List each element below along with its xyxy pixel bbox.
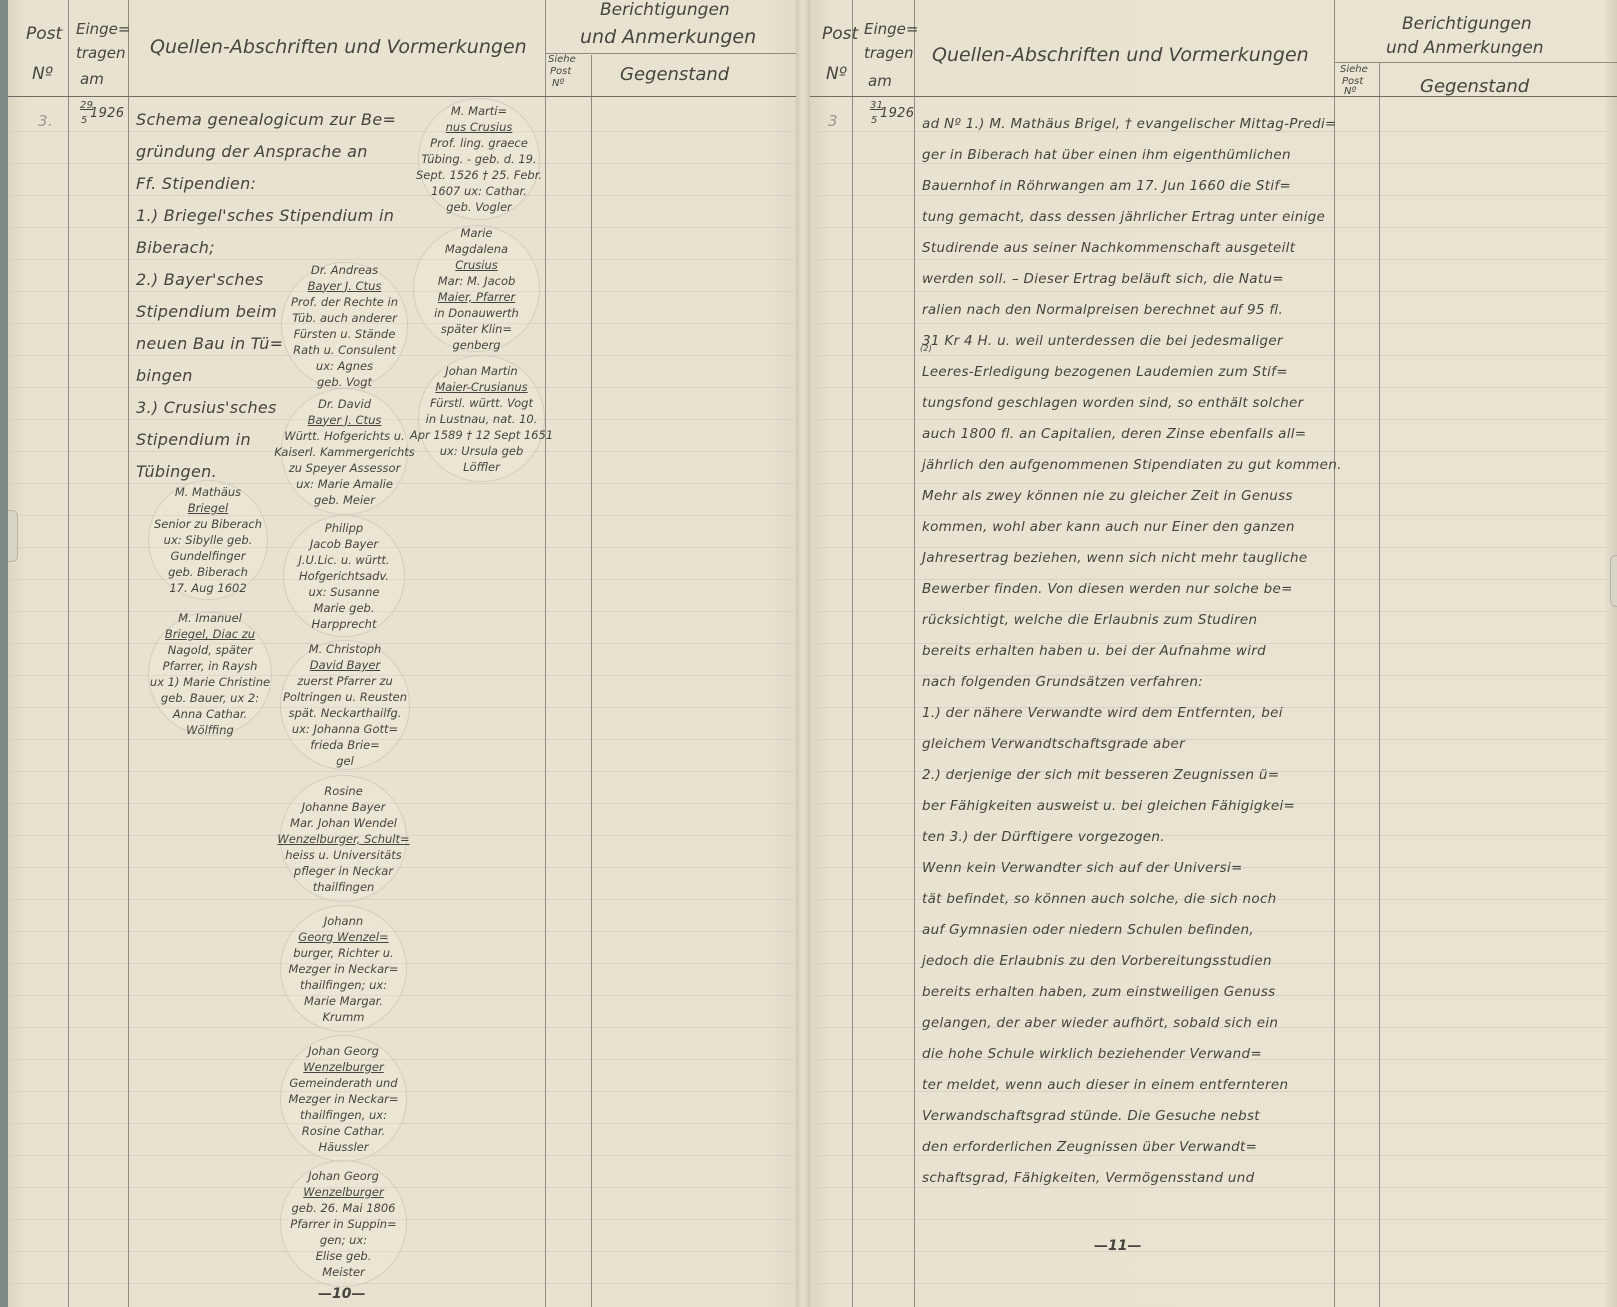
entry-line: den erforderlichen Zeugnissen über Verwa… [922, 1139, 1257, 1155]
column-rule [68, 0, 69, 1307]
node-line: Harpprecht [312, 616, 377, 632]
entry-line: tungsfond geschlagen worden sind, so ent… [922, 395, 1304, 411]
node-line: Magdalena [445, 241, 508, 257]
node-line: Krumm [323, 1009, 365, 1025]
node-line: frieda Brie= [310, 737, 380, 753]
node-line: M. Imanuel [178, 610, 242, 626]
entry-line: tung gemacht, dass dessen jährlicher Ert… [922, 209, 1325, 225]
node-line: Pfarrer in Suppin= [290, 1216, 396, 1232]
node-line: geb. Vogler [446, 199, 512, 215]
node-line: Nagold, später [168, 642, 252, 658]
header-see-post: Nº [552, 78, 564, 89]
right-page: Post Nº Einge= tragen am Quellen-Abschri… [804, 0, 1617, 1307]
genealogy-node-rosine: Rosine Johanne Bayer Mar. Johan Wendel W… [280, 775, 407, 902]
node-line: Johan Georg [308, 1043, 379, 1059]
entry-line: 2.) derjenige der sich mit besseren Zeug… [922, 767, 1279, 783]
entry-line: bereits erhalten haben u. bei der Aufnah… [922, 643, 1266, 659]
column-rule [914, 0, 915, 1307]
header-corrections: Berichtigungen [600, 0, 730, 20]
header-sources: Quellen-Abschriften und Vormerkungen [150, 36, 527, 58]
node-line: pfleger in Neckar [294, 863, 393, 879]
entry-line: ten 3.) der Dürftigere vorgezogen. [922, 829, 1165, 845]
header-entered: tragen [76, 44, 126, 62]
node-line: ux 1) Marie Christine [150, 674, 270, 690]
entry-line: die hohe Schule wirklich beziehender Ver… [922, 1046, 1262, 1062]
node-line: burger, Richter u. [293, 945, 393, 961]
entry-line: kommen, wohl aber kann auch nur Einer de… [922, 519, 1295, 535]
node-line: 1607 ux: Cathar. [431, 183, 527, 199]
genealogy-node-crusius: M. Marti= nus Crusius Prof. ling. graece… [418, 98, 540, 220]
node-line: J.U.Lic. u. württ. [298, 552, 389, 568]
node-line: Tübing. - geb. d. 19. [421, 151, 536, 167]
node-line: spät. Neckarthailfg. [289, 705, 402, 721]
genealogy-node-mathaus-briegel: M. Mathäus Briegel Senior zu Biberach ux… [148, 480, 268, 600]
node-line: Johann [324, 913, 363, 929]
genealogy-node-andreas-bayer: Dr. Andreas Bayer J. Ctus Prof. der Rech… [281, 262, 408, 389]
node-line: Mezger in Neckar= [288, 1091, 398, 1107]
left-page: Post Nº Einge= tragen am Quellen-Abschri… [8, 0, 804, 1307]
node-line: Mar: M. Jacob [438, 273, 516, 289]
column-rule [1379, 62, 1380, 1307]
node-line: ux: Marie Amalie [296, 476, 393, 492]
node-line: Sept. 1526 † 25. Febr. [416, 167, 542, 183]
genealogy-node-johann-georg-1: Johann Georg Wenzel= burger, Richter u. … [280, 905, 407, 1032]
node-line: Dr. Andreas [311, 262, 378, 278]
entry-line: gründung der Ansprache an [136, 142, 368, 161]
genealogy-node-johann-georg-3: Johan Georg Wenzelburger geb. 26. Mai 18… [280, 1160, 407, 1287]
node-line: Württ. Hofgerichts u. [284, 428, 404, 444]
node-line: Hofgerichtsadv. [299, 568, 389, 584]
book-spine [796, 0, 810, 1307]
entry-line: Jahresertrag beziehen, wenn sich nicht m… [922, 550, 1307, 566]
node-line: Häussler [319, 1139, 369, 1155]
node-line: Marie [461, 225, 493, 241]
node-line: geb. Bauer, ux 2: [161, 690, 259, 706]
entry-line: auf Gymnasien oder niedern Schulen befin… [922, 922, 1254, 938]
header-subrule [1334, 62, 1617, 63]
entry-line: auch 1800 fl. an Capitalien, deren Zinse… [922, 426, 1306, 442]
node-line: Maier-Crusianus [435, 379, 527, 395]
node-line: gen; ux: [320, 1232, 367, 1248]
header-corrections: und Anmerkungen [580, 26, 756, 48]
node-line: Mar. Johan Wendel [290, 815, 397, 831]
entry-line: Stipendium in [136, 430, 251, 449]
entry-line: Verwandschaftsgrad stünde. Die Gesuche n… [922, 1108, 1260, 1124]
node-line: thailfingen [313, 879, 375, 895]
entry-date-year: 1926 [880, 106, 914, 121]
node-line: Bayer J. Ctus [308, 412, 382, 428]
entry-line: ad Nº 1.) M. Mathäus Brigel, † evangelis… [922, 116, 1337, 132]
header-entered: Einge= [76, 20, 130, 38]
node-line: Kaiserl. Kammergerichts [274, 444, 414, 460]
binding-clip [8, 510, 18, 562]
node-line: ux: Sibylle geb. [164, 532, 253, 548]
node-line: Georg Wenzel= [298, 929, 388, 945]
node-line: in Lustnau, nat. 10. [426, 411, 538, 427]
header-see-post: Siehe [1340, 64, 1368, 75]
node-line: Johan Georg [308, 1168, 379, 1184]
node-line: Wölffing [186, 722, 234, 738]
header-corrections: Berichtigungen [1402, 14, 1532, 34]
entry-date-month: 5 [871, 115, 878, 126]
header-post: Post [26, 24, 62, 44]
node-line: thailfingen, ux: [300, 1107, 387, 1123]
genealogy-node-johann-martin: Johan Martin Maier-Crusianus Fürstl. wür… [418, 355, 545, 482]
entry-line: werden soll. – Dieser Ertrag beläuft sic… [922, 271, 1284, 287]
node-line: Prof. der Rechte in [291, 294, 398, 310]
node-line: ux: Ursula geb [440, 443, 524, 459]
node-line: Tüb. auch anderer [292, 310, 397, 326]
node-line: Dr. David [318, 396, 371, 412]
node-line: zu Speyer Assessor [289, 460, 401, 476]
header-entered: am [80, 70, 104, 88]
column-rule [1334, 0, 1335, 1307]
node-line: M. Mathäus [175, 484, 241, 500]
node-line: geb. 26. Mai 1806 [291, 1200, 395, 1216]
node-line: Jacob Bayer [310, 536, 378, 552]
entry-line: 1.) der nähere Verwandte wird dem Entfer… [922, 705, 1283, 721]
binding-clip [1610, 555, 1617, 607]
node-line: Marie Margar. [304, 993, 383, 1009]
entry-line: bingen [136, 366, 193, 385]
header-entered: Einge= [864, 20, 918, 38]
entry-line: Wenn kein Verwandter sich auf der Univer… [922, 860, 1243, 876]
post-number: 3. [38, 112, 53, 130]
entry-line: ter meldet, wenn auch dieser in einem en… [922, 1077, 1288, 1093]
node-line: geb. Biberach [168, 564, 248, 580]
entry-line: bereits erhalten haben, zum einstweilige… [922, 984, 1276, 1000]
node-line: Philipp [325, 520, 363, 536]
node-line: Johanne Bayer [302, 799, 386, 815]
genealogy-node-philipp-bayer: Philipp Jacob Bayer J.U.Lic. u. württ. H… [283, 515, 405, 637]
entry-line: Leeres-Erledigung bezogenen Laudemien zu… [922, 364, 1288, 380]
entry-line: Tübingen. [136, 462, 217, 481]
entry-line: Bauernhof in Röhrwangen am 17. Jun 1660 … [922, 178, 1291, 194]
node-line: Pfarrer, in Raysh [163, 658, 258, 674]
entry-date-month: 5 [81, 115, 88, 126]
header-rule [8, 96, 804, 97]
node-line: Löffler [463, 459, 500, 475]
node-line: Fürsten u. Stände [294, 326, 396, 342]
node-line: Rosine Cathar. [302, 1123, 385, 1139]
entry-line: Stipendium beim [136, 302, 277, 321]
node-line: Apr 1589 † 12 Sept 1651 [410, 427, 553, 443]
entry-line: jedoch die Erlaubnis zu den Vorbereitung… [922, 953, 1272, 969]
node-line: geb. Meier [314, 492, 375, 508]
node-line: ux: Johanna Gott= [292, 721, 398, 737]
header-subject: Gegenstand [1420, 76, 1529, 97]
node-line: Gemeinderath und [289, 1075, 397, 1091]
entry-line: neuen Bau in Tü= [136, 334, 283, 353]
node-line: zuerst Pfarrer zu [297, 673, 393, 689]
node-line: Crusius [455, 257, 498, 273]
header-post: Post [822, 24, 858, 44]
header-entered: tragen [864, 44, 914, 62]
entry-line: Mehr als zwey können nie zu gleicher Zei… [922, 488, 1293, 504]
node-line: Rath u. Consulent [293, 342, 396, 358]
page-number: —10— [318, 1286, 365, 1302]
entry-line: 1.) Briegel'sches Stipendium in [136, 206, 394, 225]
node-line: gel [336, 753, 354, 769]
node-line: Bayer J. Ctus [308, 278, 382, 294]
node-line: später Klin= [441, 321, 512, 337]
genealogy-node-johann-georg-2: Johan Georg Wenzelburger Gemeinderath un… [280, 1035, 407, 1162]
node-line: Wenzelburger [303, 1184, 383, 1200]
node-line: David Bayer [310, 657, 380, 673]
node-line: Johan Martin [445, 363, 517, 379]
node-line: Maier, Pfarrer [438, 289, 516, 305]
entry-line: Ff. Stipendien: [136, 174, 256, 193]
node-line: Marie geb. [314, 600, 375, 616]
entry-line: Studirende aus seiner Nachkommenschaft a… [922, 240, 1295, 256]
node-line: M. Marti= [451, 103, 507, 119]
node-line: nus Crusius [446, 119, 513, 135]
column-rule [852, 0, 853, 1307]
node-line: heiss u. Universitäts [285, 847, 402, 863]
node-line: Fürstl. württ. Vogt [430, 395, 533, 411]
node-line: Rosine [324, 783, 363, 799]
header-see-post: Siehe [548, 54, 576, 65]
header-see-post: Post [550, 66, 571, 77]
entry-line: ger in Biberach hat über einen ihm eigen… [922, 147, 1291, 163]
node-line: 17. Aug 1602 [169, 580, 246, 596]
column-rule [128, 0, 129, 1307]
node-line: Elise geb. [316, 1248, 372, 1264]
entry-line: tät befindet, so können auch solche, die… [922, 891, 1277, 907]
node-line: Wenzelburger, Schult= [277, 831, 409, 847]
node-line: genberg [452, 337, 500, 353]
entry-line: 2.) Bayer'sches [136, 270, 264, 289]
header-no: Nº [826, 64, 847, 84]
entry-line: gelangen, der aber wieder aufhört, sobal… [922, 1015, 1278, 1031]
entry-line: Biberach; [136, 238, 215, 257]
node-line: ux: Agnes [316, 358, 373, 374]
entry-line: jährlich den aufgenommenen Stipendiaten … [922, 457, 1342, 473]
node-line: Poltringen u. Reusten [283, 689, 407, 705]
header-no: Nº [32, 64, 53, 84]
node-line: Gundelfinger [171, 548, 246, 564]
node-line: Senior zu Biberach [154, 516, 262, 532]
header-corrections: und Anmerkungen [1386, 38, 1544, 58]
entry-line: nach folgenden Grundsätzen verfahren: [922, 674, 1203, 690]
node-line: thailfingen; ux: [300, 977, 387, 993]
entry-line: Schema genealogicum zur Be= [136, 110, 396, 129]
node-line: Anna Cathar. [173, 706, 247, 722]
entry-line: gleichem Verwandtschaftsgrade aber [922, 736, 1185, 752]
entry-line: Bewerber finden. Von diesen werden nur s… [922, 581, 1293, 597]
header-sources: Quellen-Abschriften und Vormerkungen [932, 44, 1309, 66]
node-line: Briegel [188, 500, 228, 516]
column-rule [591, 55, 592, 1307]
entry-line: ralien nach den Normalpreisen berechnet … [922, 302, 1283, 318]
entry-line: rücksichtigt, welche die Erlaubnis zum S… [922, 612, 1257, 628]
node-line: Briegel, Diac zu [165, 626, 255, 642]
genealogy-node-christoph-bayer: M. Christoph David Bayer zuerst Pfarrer … [280, 640, 410, 770]
page-number: —11— [1094, 1238, 1141, 1254]
header-entered: am [868, 72, 892, 90]
node-line: in Donauwerth [434, 305, 519, 321]
post-number: 3 [828, 112, 838, 130]
header-subject: Gegenstand [620, 64, 729, 85]
node-line: M. Christoph [309, 641, 382, 657]
entry-line: 31 Kr 4 H. u. weil unterdessen die bei j… [922, 333, 1283, 349]
node-line: Mezger in Neckar= [288, 961, 398, 977]
entry-line: ber Fähigkeiten ausweist u. bei gleichen… [922, 798, 1295, 814]
node-line: Meister [322, 1264, 365, 1280]
entry-line: 3.) Crusius'sches [136, 398, 277, 417]
header-subrule [545, 53, 804, 54]
header-see-post: Nº [1344, 86, 1356, 97]
entry-date-year: 1926 [90, 106, 124, 121]
entry-line: schaftsgrad, Fähigkeiten, Vermögensstand… [922, 1170, 1255, 1186]
genealogy-node-marie-magdalena: Marie Magdalena Crusius Mar: M. Jacob Ma… [413, 225, 540, 352]
node-line: Prof. ling. graece [430, 135, 528, 151]
node-line: Wenzelburger [303, 1059, 383, 1075]
genealogy-node-david-bayer: Dr. David Bayer J. Ctus Württ. Hofgerich… [281, 388, 408, 515]
genealogy-node-imanuel-briegel: M. Imanuel Briegel, Diac zu Nagold, spät… [148, 612, 272, 736]
column-rule [545, 0, 546, 1307]
node-line: ux: Susanne [309, 584, 380, 600]
